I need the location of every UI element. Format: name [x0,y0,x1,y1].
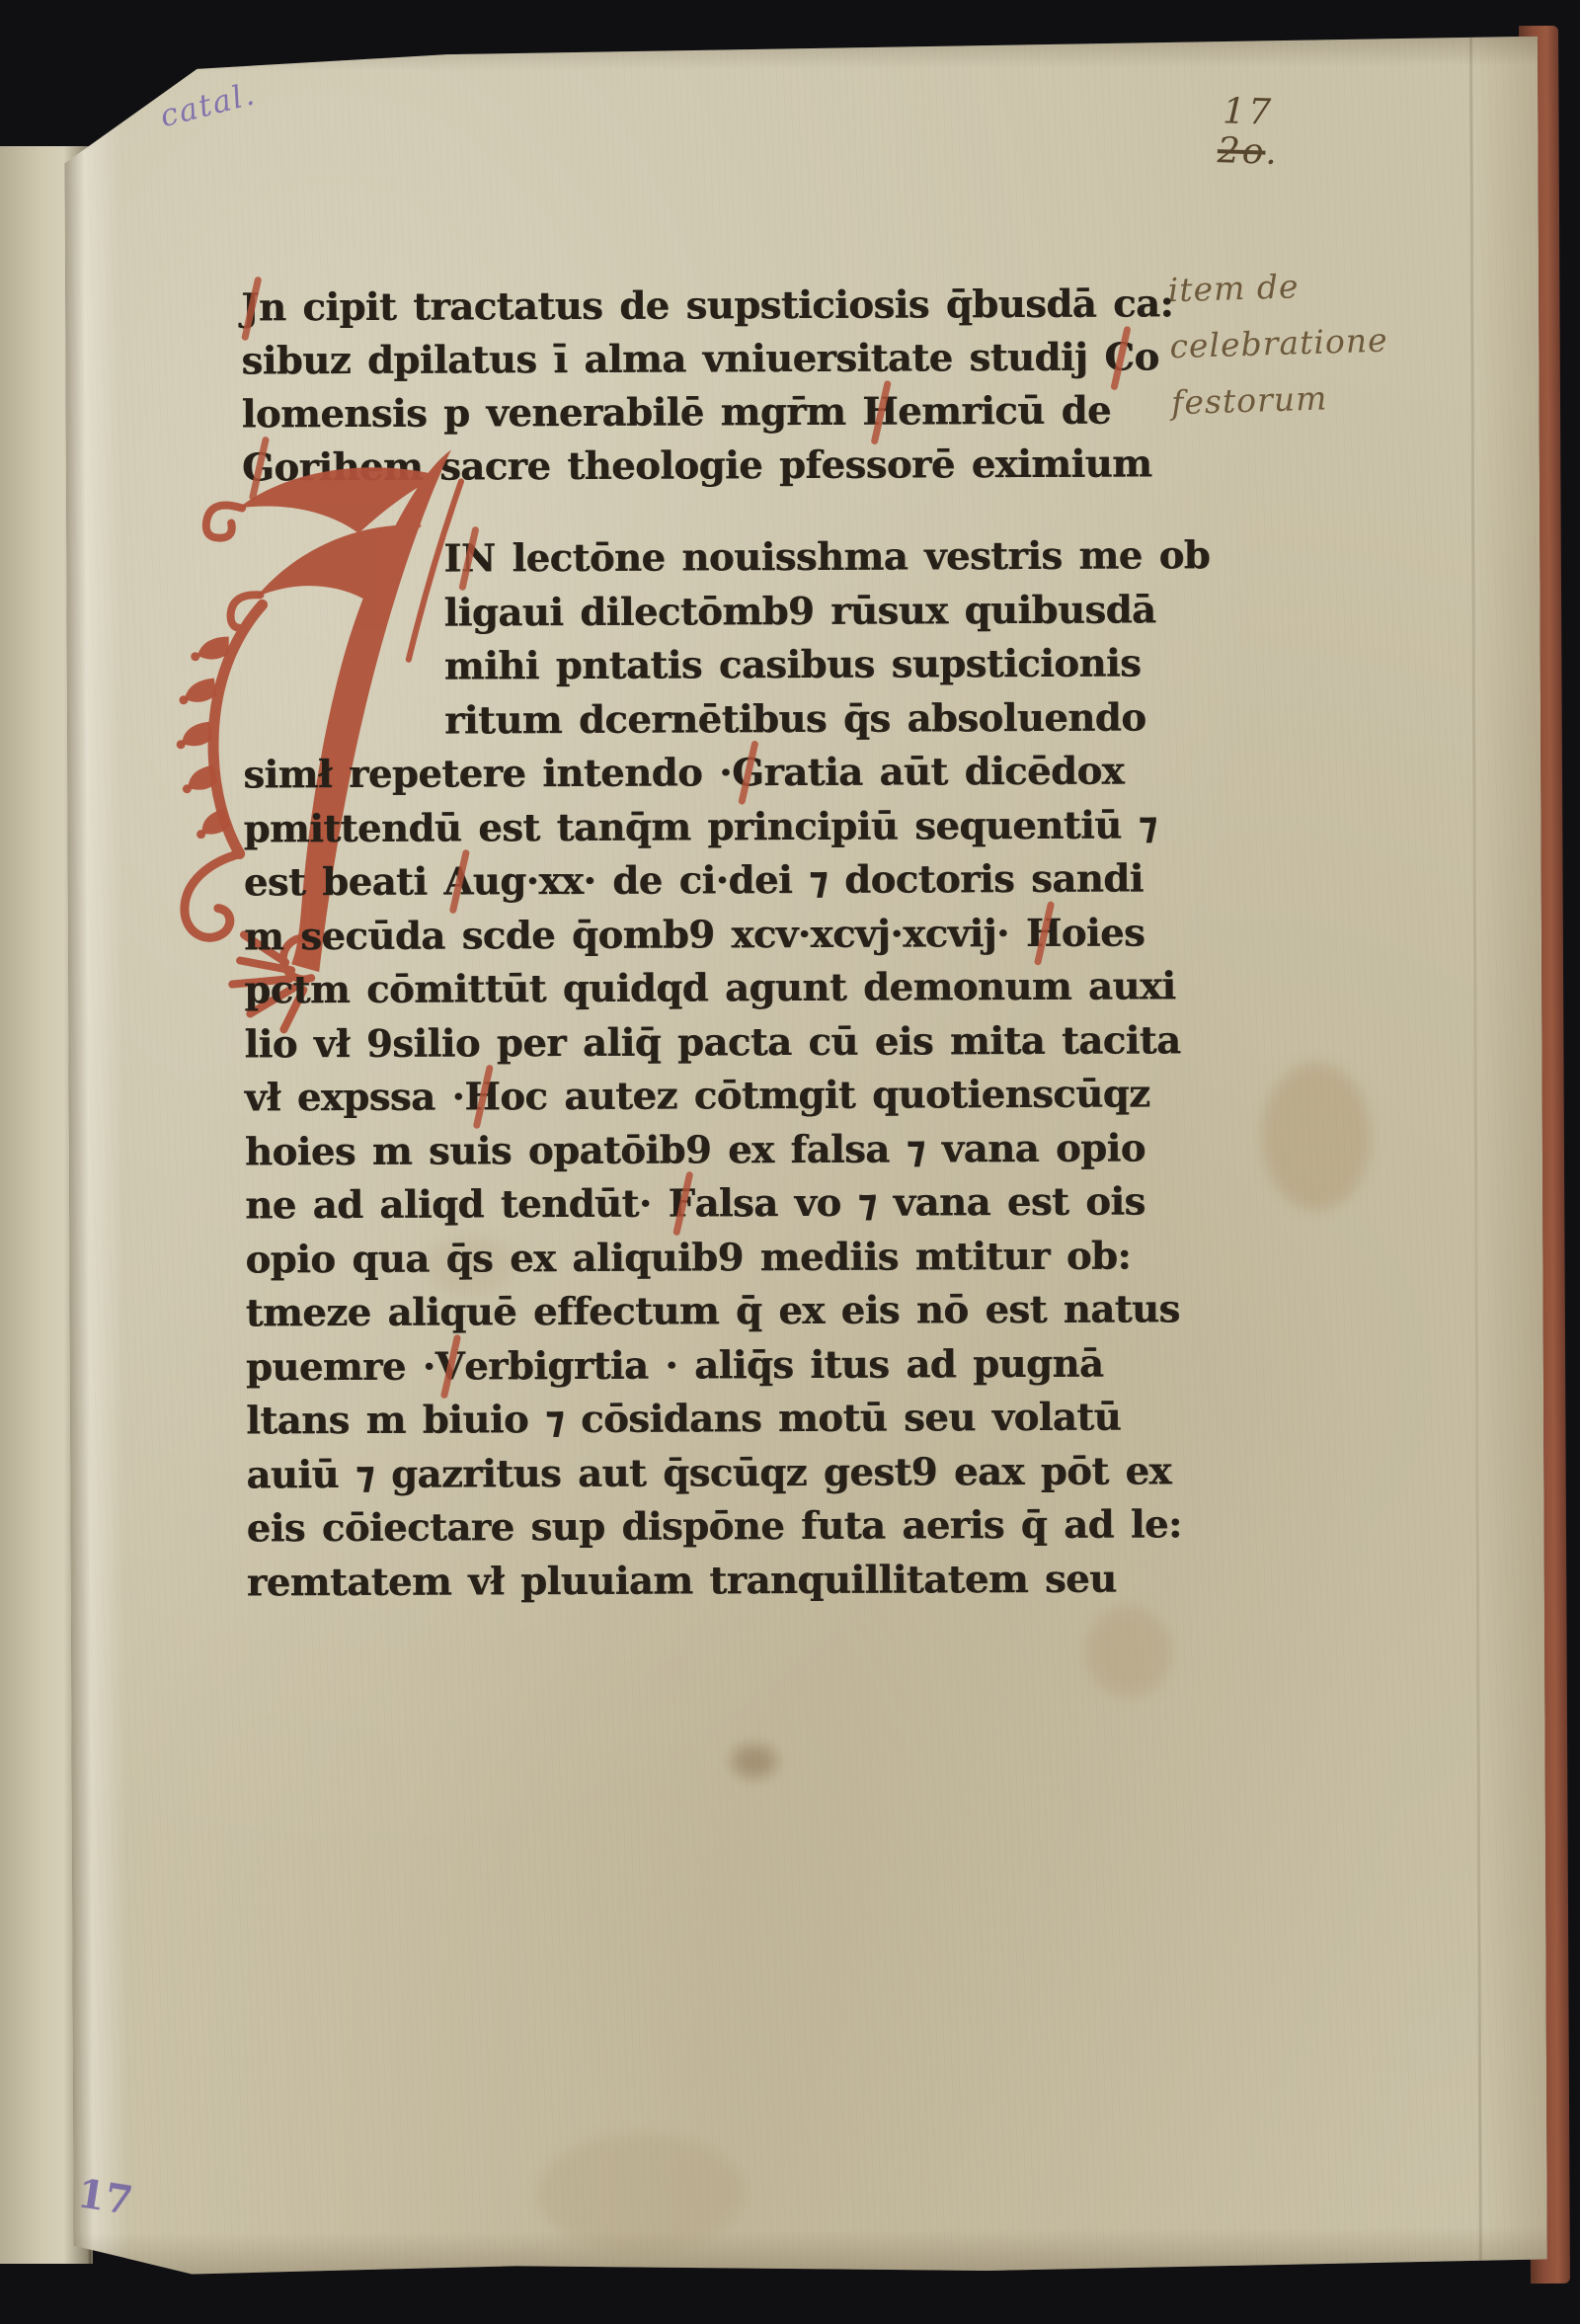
rubricated-letter: C [1104,332,1134,385]
body-text: simł repetere intendo ·Gratia aūt dicēdo… [243,745,1183,1610]
pencil-annotation-catal: catal. [156,76,259,134]
text-line: puemre ·Verbigrtia · aliq̄s itus ad pugn… [246,1337,1182,1396]
text-line: IN lectōne nouisshma vestris me ob [443,529,1210,587]
rubricated-letter: IN [443,532,495,587]
body-text-indented: IN lectōne nouisshma vestris me obligaui… [443,529,1211,748]
text-line: eis cōiectare sup dispōne futa aeris q̄ … [247,1498,1183,1557]
margin-note: item decelebrationefestorum [1167,256,1390,432]
rubricated-letter: A [443,855,473,910]
folio-number-current: 17 [1218,92,1278,133]
text-line: vł expssa ·Hoc autez cōtmgit quotienscūq… [245,1068,1181,1126]
paper-stain [1262,1063,1372,1211]
rubricated-letter: G [732,747,764,801]
text-line: simł repetere intendo ·Gratia aūt dicēdo… [243,745,1179,803]
text-line: celebratione [1169,312,1389,375]
text-line: ne ad aliqd tendūt· Falsa vo ⁊ vana est … [245,1175,1181,1234]
photo-backdrop: catal. 17 2o. item decelebrationefestoru… [0,0,1580,2324]
text-line: hoies m suis opatōib9 ex falsa ⁊ vana op… [245,1122,1181,1180]
page-top-shading [64,37,1538,73]
gutter-fold [64,42,131,2277]
text-line: lio vł 9silio per aliq̄ pacta cū eis mit… [244,1014,1180,1073]
text-line: ligaui dilectōmb9 rūsux quibusdā [443,584,1210,641]
paper-stain [732,1744,777,1778]
page-edge-shading [1474,37,1547,2271]
paper-stain [1086,1606,1171,1697]
text-line: festorum [1170,368,1390,432]
folio-number: 17 2o. [1217,92,1278,173]
text-line: ltans m biuio ⁊ cōsidans motū seu volatū [246,1391,1182,1449]
rubricated-letter: H [464,1071,500,1125]
text-line: pctm cōmittūt quidqd agunt demonum auxi [244,960,1180,1018]
text-line: Jn cipit tractatus de supsticiosis q̄bus… [241,278,1173,335]
paper-stain [537,2133,746,2253]
text-line: item de [1167,256,1387,319]
manuscript-page: catal. 17 2o. item decelebrationefestoru… [64,37,1547,2277]
text-line: ritum dcernētibus q̄s absoluendo [444,691,1211,749]
page-bottom-shading [74,2227,1547,2278]
text-line: remtatem vł pluuiam tranquillitatem seu [247,1553,1183,1611]
text-line: sibuz dpilatus ī alma vniuersitate studi… [241,331,1173,388]
text-line: mihi pntatis casibus supsticionis [444,637,1211,694]
rubricated-letter: J [241,281,259,335]
rubricated-letter: H [1026,907,1062,961]
text-line: pmittendū est tanq̄m principiū sequentiū… [243,799,1179,857]
text-line: opio qua q̄s ex aliquib9 mediis mtitur o… [245,1230,1181,1288]
text-line: est beati Aug·xx· de ci·dei ⁊ doctoris s… [244,852,1180,911]
text-line: tmeze aliquē effectum q̄ ex eis nō est n… [246,1283,1182,1341]
bottom-corner-mark: 17 [74,2170,135,2224]
text-line: m secūda scde q̄omb9 xcv·xcvj·xcvij· Hoi… [244,907,1180,965]
rubricated-letter: V [435,1340,465,1395]
text-line: auiū ⁊ gazritus aut q̄scūqz gest9 eax pō… [246,1445,1182,1503]
rubricated-letter: H [862,386,898,440]
folio-number-struck: 2o [1217,130,1266,172]
folio-number-dot: . [1265,132,1278,173]
rubricated-letter: F [668,1177,694,1232]
